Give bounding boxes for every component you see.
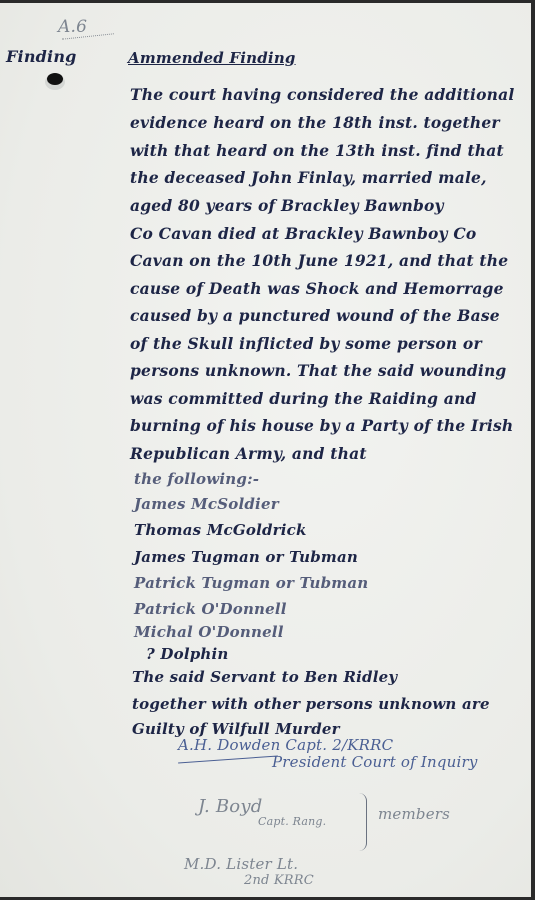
body-line: caused by a punctured wound of the Base [130, 306, 500, 325]
document-page: A.6 Finding Ammended Finding The court h… [0, 3, 531, 897]
member-signature: M.D. Lister Lt. [184, 855, 298, 873]
accused-name: ? Dolphin [146, 645, 229, 663]
signature-underline [178, 756, 278, 764]
body-line: the deceased John Finlay, married male, [130, 168, 487, 187]
body-line: burning of his house by a Party of the I… [130, 416, 513, 435]
members-label: members [378, 805, 450, 823]
body-line: cause of Death was Shock and Hemorrage [130, 279, 504, 298]
member-signature: J. Boyd [198, 796, 262, 817]
punch-hole [47, 73, 63, 85]
body-line: aged 80 years of Brackley Bawnboy [130, 196, 444, 215]
president-title: President Court of Inquiry [272, 753, 478, 771]
closing-line: together with other persons unknown are [132, 695, 490, 713]
body-line: persons unknown. That the said wounding [130, 361, 506, 380]
body-line: was committed during the Raiding and [130, 389, 477, 408]
body-line: The court having considered the addition… [130, 85, 514, 104]
body-line: Republican Army, and that [130, 444, 367, 463]
accused-name: James Tugman or Tubman [134, 548, 358, 566]
accused-name: Patrick O'Donnell [134, 600, 287, 618]
margin-label: Finding [6, 47, 77, 66]
body-line: with that heard on the 13th inst. find t… [130, 141, 504, 160]
body-line: Co Cavan died at Brackley Bawnboy Co [130, 224, 476, 243]
reference-number: A.6 [58, 17, 87, 37]
accused-name: James McSoldier [134, 495, 279, 513]
closing-line: The said Servant to Ben Ridley [132, 668, 397, 686]
member-unit: 2nd KRRC [244, 873, 314, 888]
body-line: the following:- [134, 470, 259, 488]
body-line: Cavan on the 10th June 1921, and that th… [130, 251, 508, 270]
accused-name: Michal O'Donnell [134, 623, 284, 641]
president-signature: A.H. Dowden Capt. 2/KRRC [178, 736, 393, 754]
accused-name: Thomas McGoldrick [134, 521, 307, 539]
body-line: evidence heard on the 18th inst. togethe… [130, 113, 500, 132]
member-rank: Capt. Rang. [258, 815, 326, 828]
members-bracket [358, 793, 367, 851]
document-heading: Ammended Finding [128, 49, 296, 67]
body-line: of the Skull inflicted by some person or [130, 334, 482, 353]
accused-name: Patrick Tugman or Tubman [134, 574, 368, 592]
